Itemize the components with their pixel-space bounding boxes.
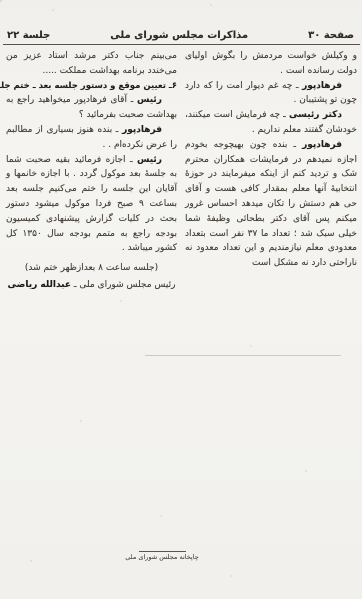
page-number-label: صفحة ۳۰ [308,30,354,41]
footer-divider [139,551,186,552]
fold-line [145,355,341,356]
paragraph: می‌بینم جناب دکتر مرشد استاد عزیز من می‌… [6,49,177,79]
paragraph: فرهادپور ـ بنده چون بهیچوجه بخودم اجازه … [185,138,357,271]
speaker-name: فرهادپور [302,81,342,91]
signature-role: رئیس مجلس شورای ملی ـ [71,280,175,290]
closing-note: (جلسه ساعت ۸ بعدازظهر ختم شد) [6,261,177,276]
speaker-name: دکتر رئیسی [289,110,342,120]
paragraph: رئیس ـ اجازه فرمائید بقیه صحبت شما به جل… [6,153,177,257]
speech-text: و وکیلش خواست مردمش را بگوش اولیای دولت … [185,51,357,76]
session-label: جلسة ۲۲ [7,30,50,41]
paragraph: رئیس ـ آقای فرهادپور میخواهید راجع به به… [6,93,177,123]
speech-text: می‌بینم جناب دکتر مرشد استاد عزیز من می‌… [6,51,177,76]
header-divider [3,44,360,45]
right-column: و وکیلش خواست مردمش را بگوش اولیای دولت … [185,49,357,271]
signature: رئیس مجلس شورای ملی ـ عبدالله ریاضی [6,278,177,293]
journal-title: مذاکرات مجلس شورای ملی [110,30,248,41]
speaker-name: فرهادپور [302,140,342,150]
imprint: چاپخانه مجلس شورای ملی [107,553,217,562]
paragraph: فرهادپور ـ چه غم دیوار امت را که دارد چو… [185,79,357,109]
page-header: صفحة ۳۰ مذاکرات مجلس شورای ملی جلسة ۲۲ [7,30,354,41]
speech-text: ـ اجازه فرمائید بقیه صحبت شما به جلسهٔ ب… [6,155,177,254]
speaker-name: رئیس [137,95,162,105]
paragraph: و وکیلش خواست مردمش را بگوش اولیای دولت … [185,49,357,79]
left-column: می‌بینم جناب دکتر مرشد استاد عزیز من می‌… [6,49,177,293]
paragraph: دکتر رئیسی ـ چه فرمایش است میکنند، خودشا… [185,108,357,138]
section-heading: ۶ـ تعیین موقع و دستور جلسه بعد ـ ختم جلس… [6,79,177,94]
signature-name: عبدالله ریاضی [8,280,72,290]
scanned-document-page: صفحة ۳۰ مذاکرات مجلس شورای ملی جلسة ۲۲ و… [0,0,362,599]
speech-text: ـ بنده چون بهیچوجه بخودم اجازه نمیدهم در… [185,140,357,268]
speaker-name: رئیس [137,155,162,165]
speaker-name: فرهادپور [122,125,162,135]
paragraph: فرهادپور ـ بنده هنوز بسیاری از مطالبم را… [6,123,177,153]
